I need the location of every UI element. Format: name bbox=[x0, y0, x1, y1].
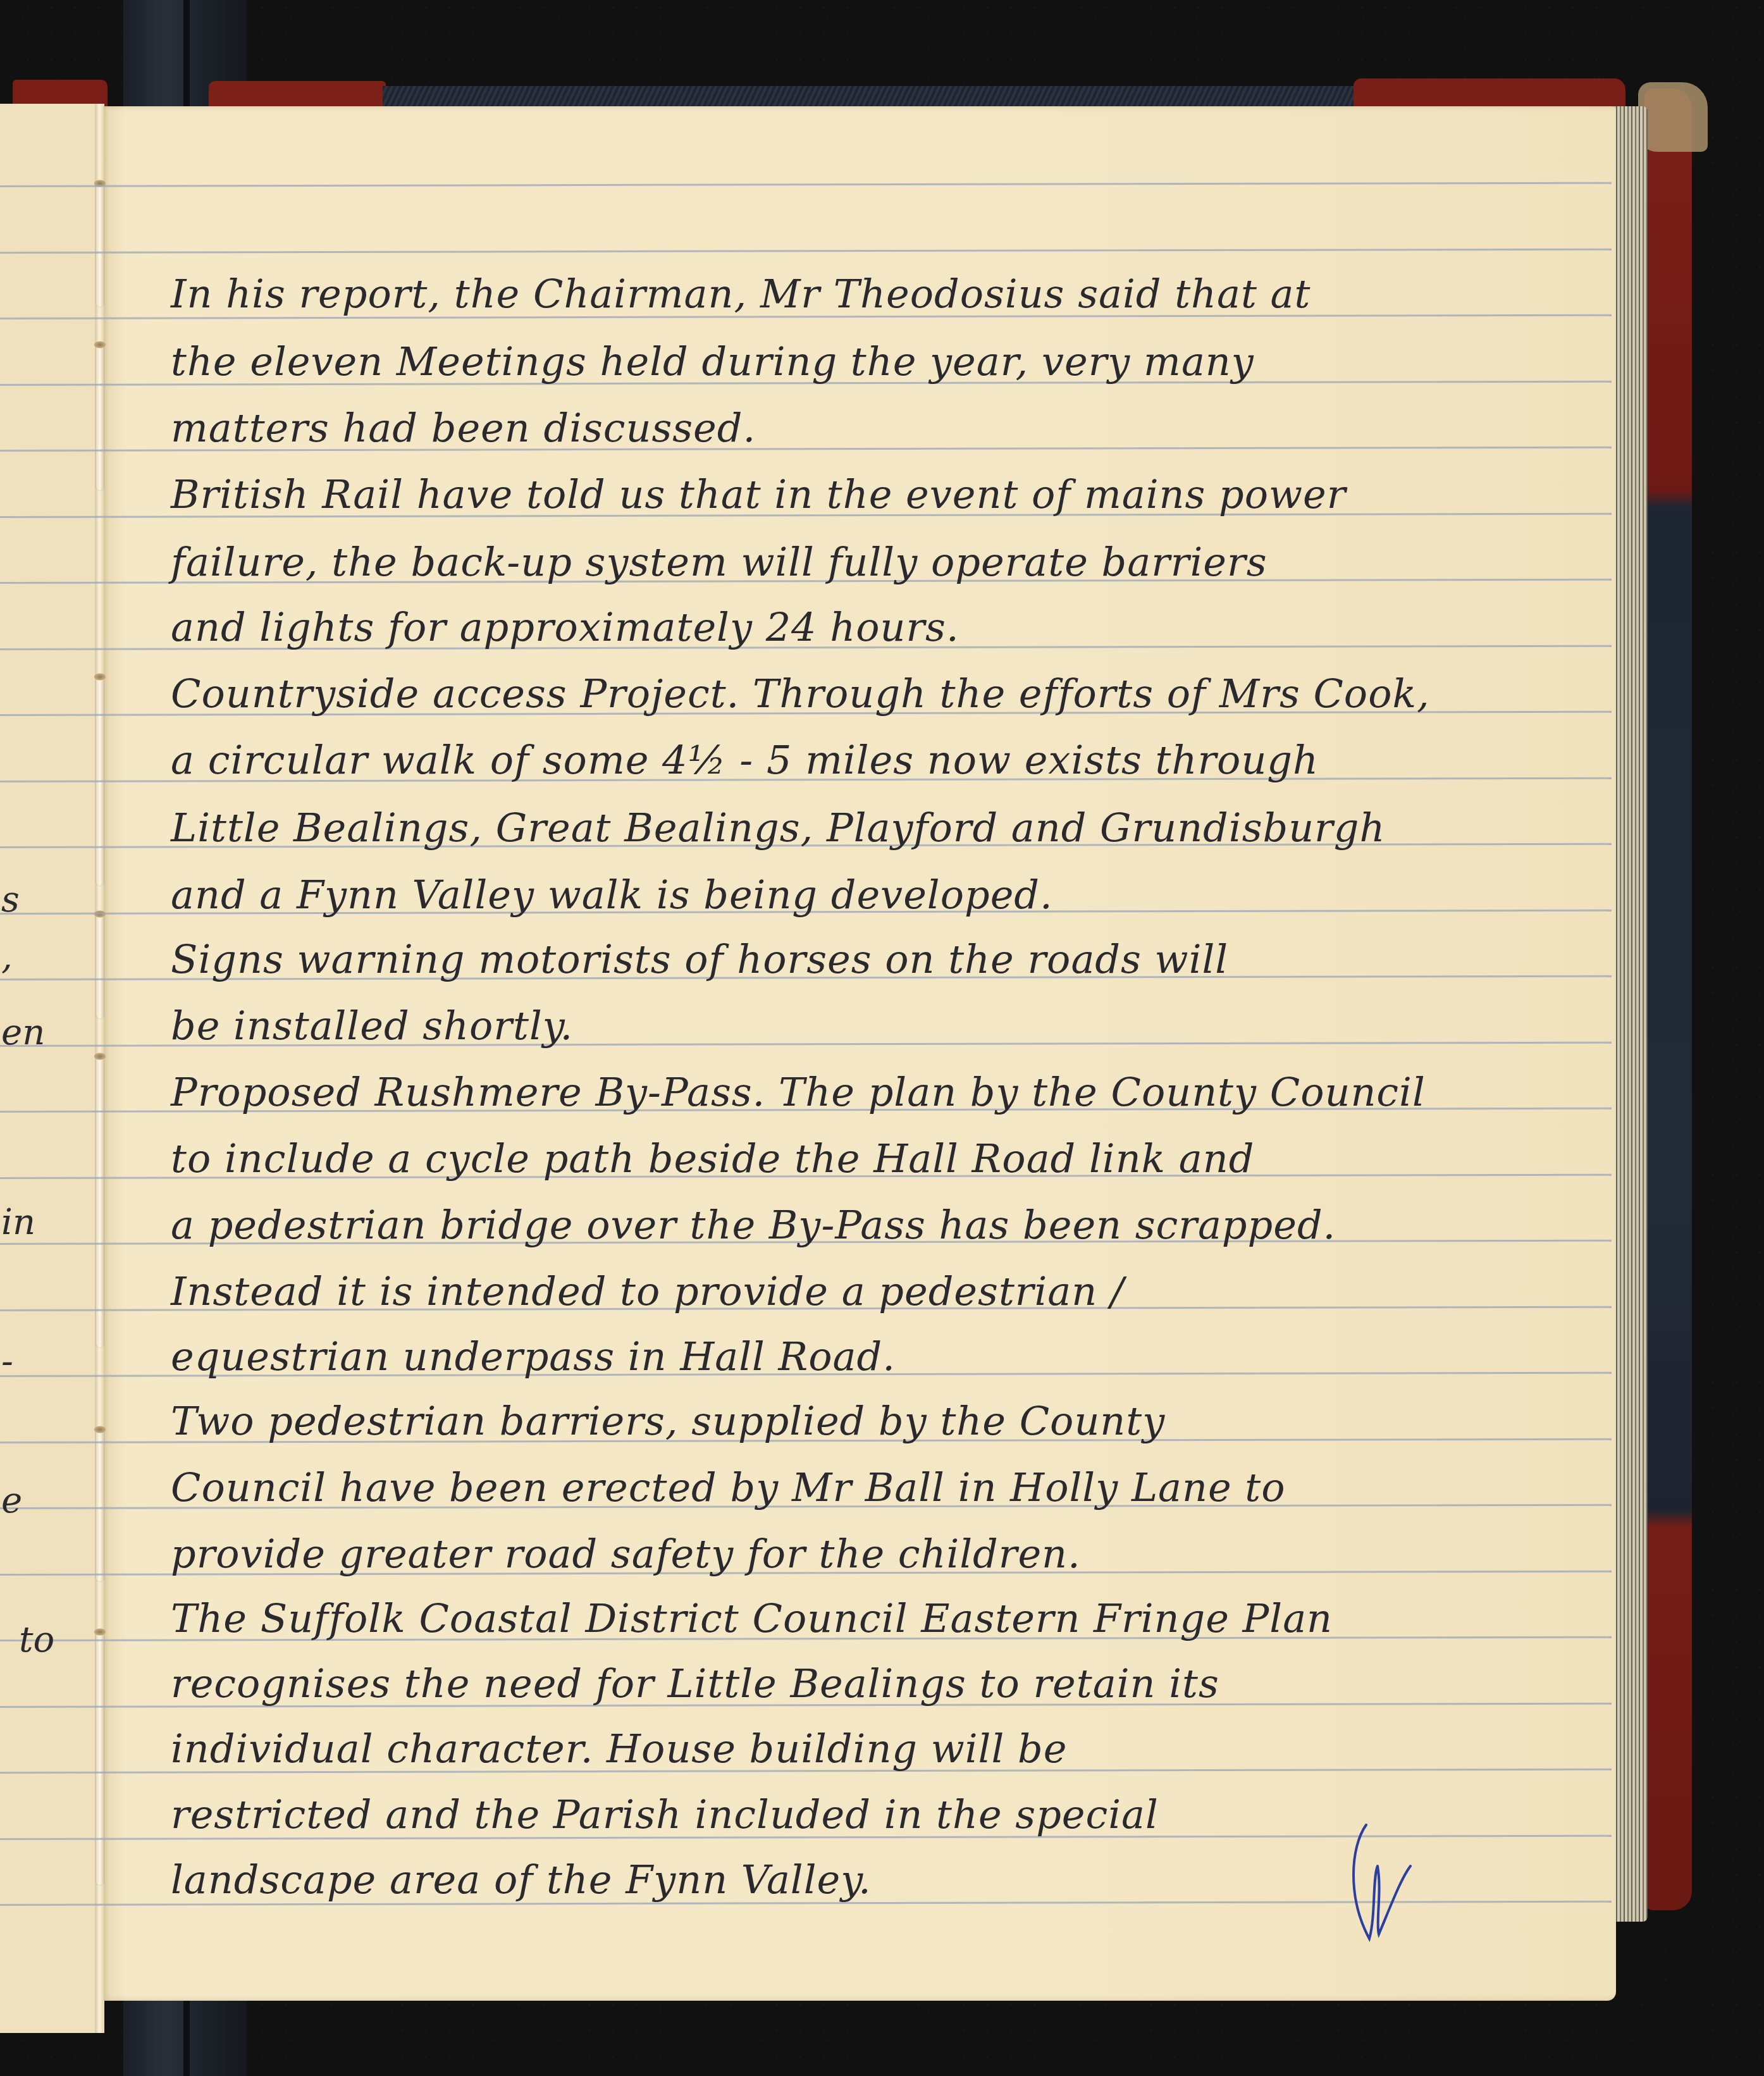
left-page-fragment: in bbox=[1, 1202, 35, 1243]
minutes-line: a pedestrian bridge over the By-Pass has… bbox=[171, 1202, 1336, 1248]
left-page-fragment: s bbox=[1, 879, 20, 920]
minutes-line: the eleven Meetings held during the year… bbox=[171, 338, 1254, 385]
minutes-line: and lights for approximately 24 hours. bbox=[171, 604, 959, 650]
minutes-line: to include a cycle path beside the Hall … bbox=[171, 1135, 1254, 1182]
binding-stitch bbox=[96, 1430, 104, 1581]
left-page-fragment: , bbox=[1, 936, 13, 977]
left-page-fragment: to bbox=[19, 1619, 54, 1660]
minutes-line: Instead it is intended to provide a pede… bbox=[171, 1268, 1125, 1314]
minutes-line: The Suffolk Coastal District Council Eas… bbox=[171, 1595, 1333, 1641]
minutes-line: failure, the back-up system will fully o… bbox=[171, 539, 1267, 585]
binding-stitch bbox=[96, 1632, 104, 1885]
right-page bbox=[101, 106, 1616, 2001]
minutes-line: equestrian underpass in Hall Road. bbox=[171, 1333, 896, 1380]
minutes-line: Signs warning motorists of horses on the… bbox=[171, 936, 1228, 982]
minutes-line: restricted and the Parish included in th… bbox=[171, 1791, 1159, 1838]
minutes-line: Countryside access Project. Through the … bbox=[171, 670, 1430, 717]
binding-stitch bbox=[96, 914, 104, 1018]
left-page-fragment: en bbox=[1, 1012, 45, 1053]
minutes-line: matters had been discussed. bbox=[171, 405, 756, 451]
left-page-fragment: e bbox=[1, 1480, 22, 1521]
minutes-line: recognises the need for Little Bealings … bbox=[171, 1660, 1219, 1707]
binding-stitch bbox=[96, 1056, 104, 1347]
binding-stitch bbox=[96, 183, 104, 307]
left-page-fragment: - bbox=[1, 1341, 13, 1382]
check-mark-icon bbox=[1347, 1822, 1417, 1942]
minutes-line: landscape area of the Fynn Valley. bbox=[171, 1857, 872, 1903]
binding-stitch bbox=[96, 345, 104, 490]
minutes-line: individual character. House building wil… bbox=[171, 1726, 1067, 1772]
minutes-line: and a Fynn Valley walk is being develope… bbox=[171, 872, 1053, 918]
minutes-line: provide greater road safety for the chil… bbox=[171, 1531, 1081, 1577]
right-cover-edge bbox=[1644, 89, 1692, 1910]
frayed-corner bbox=[1638, 82, 1708, 152]
left-page bbox=[0, 104, 104, 2033]
minutes-line: In his report, the Chairman, Mr Theodosi… bbox=[171, 271, 1311, 317]
minutes-line: be installed shortly. bbox=[171, 1003, 573, 1049]
minutes-line: British Rail have told us that in the ev… bbox=[171, 471, 1346, 517]
minutes-line: Council have been erected by Mr Ball in … bbox=[171, 1464, 1286, 1511]
minutes-line: Proposed Rushmere By-Pass. The plan by t… bbox=[171, 1069, 1426, 1115]
minutes-line: Little Bealings, Great Bealings, Playfor… bbox=[171, 805, 1385, 851]
minutes-line: Two pedestrian barriers, supplied by the… bbox=[171, 1398, 1165, 1444]
minutes-line: a circular walk of some 4½ - 5 miles now… bbox=[171, 737, 1319, 783]
